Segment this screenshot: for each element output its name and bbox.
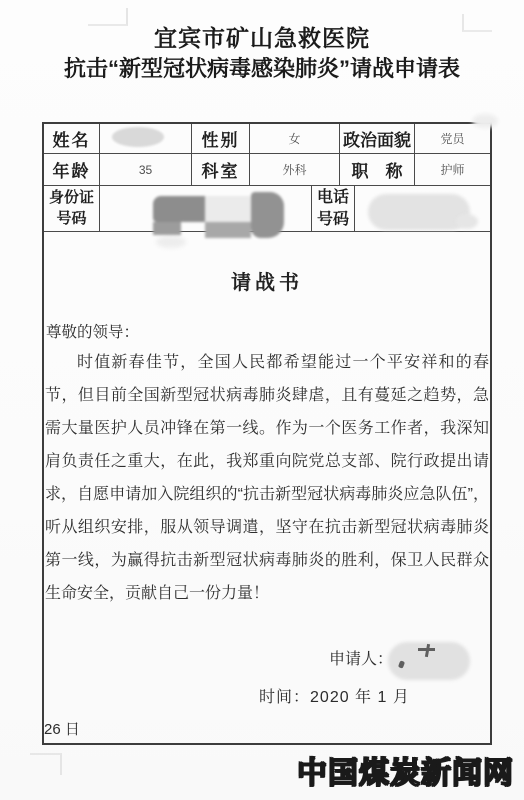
date-line: 时间：2020 年 1 月 [259,684,410,707]
age-label: 年龄 [44,154,100,186]
id-number-label: 身份证 号码 [44,186,100,232]
department-value: 外科 [250,154,340,186]
letter-body: 时值新春佳节，全国人民都希望能过一个平安祥和的春节，但目前全国新型冠状病毒肺炎肆… [45,346,489,610]
redacted-name-blur [112,127,164,147]
job-title-value: 护师 [415,154,490,186]
date-label: 时间： [259,689,310,706]
phone-label-line1: 电话 [317,187,349,209]
redaction-block [153,196,205,222]
scan-corner-artifact [30,753,62,775]
applicant-label: 申请人： [329,651,393,668]
redacted-phone-blur [368,194,470,230]
applicant-signature-line: 申请人： [329,646,393,669]
form-title: 抗击“新型冠状病毒感染肺炎”请战申请表 [0,52,524,83]
phone-label-line2: 号码 [317,209,349,231]
id-number-label-line2: 号码 [56,209,86,229]
political-status-label: 政治面貌 [340,124,415,154]
scan-smudge [472,114,498,128]
scanned-application-form: 宜宾市矿山急救医院 抗击“新型冠状病毒感染肺炎”请战申请表 姓名 性别 女 政治… [0,0,524,800]
redacted-phone-blur [456,214,478,229]
date-value: 2020 年 1 月 [310,689,410,706]
gender-label: 性别 [192,124,250,154]
redaction-block [153,222,181,235]
redaction-block [205,222,251,238]
political-status-value: 党员 [415,124,490,154]
letter-salutation: 尊敬的领导： [46,320,139,342]
site-watermark: 中国煤炭新闻网 [297,748,514,792]
date-day-continued: 26 日 [44,718,80,739]
id-number-label-line1: 身份证 [49,188,94,208]
name-label: 姓名 [44,124,100,154]
redaction-block [205,196,251,222]
redacted-id-number [150,188,290,244]
department-label: 科室 [192,154,250,186]
table-row: 年龄 35 科室 外科 职 称 护师 [44,154,490,186]
job-title-label: 职 称 [340,154,415,186]
phone-label: 电话 号码 [312,186,355,232]
table-row: 姓名 性别 女 政治面貌 党员 [44,124,490,154]
letter-heading: 请战书 [44,266,490,295]
redaction-block [251,192,284,238]
age-value: 35 [100,154,192,186]
hospital-name-title: 宜宾市矿山急救医院 [0,20,524,53]
gender-value: 女 [250,124,340,154]
